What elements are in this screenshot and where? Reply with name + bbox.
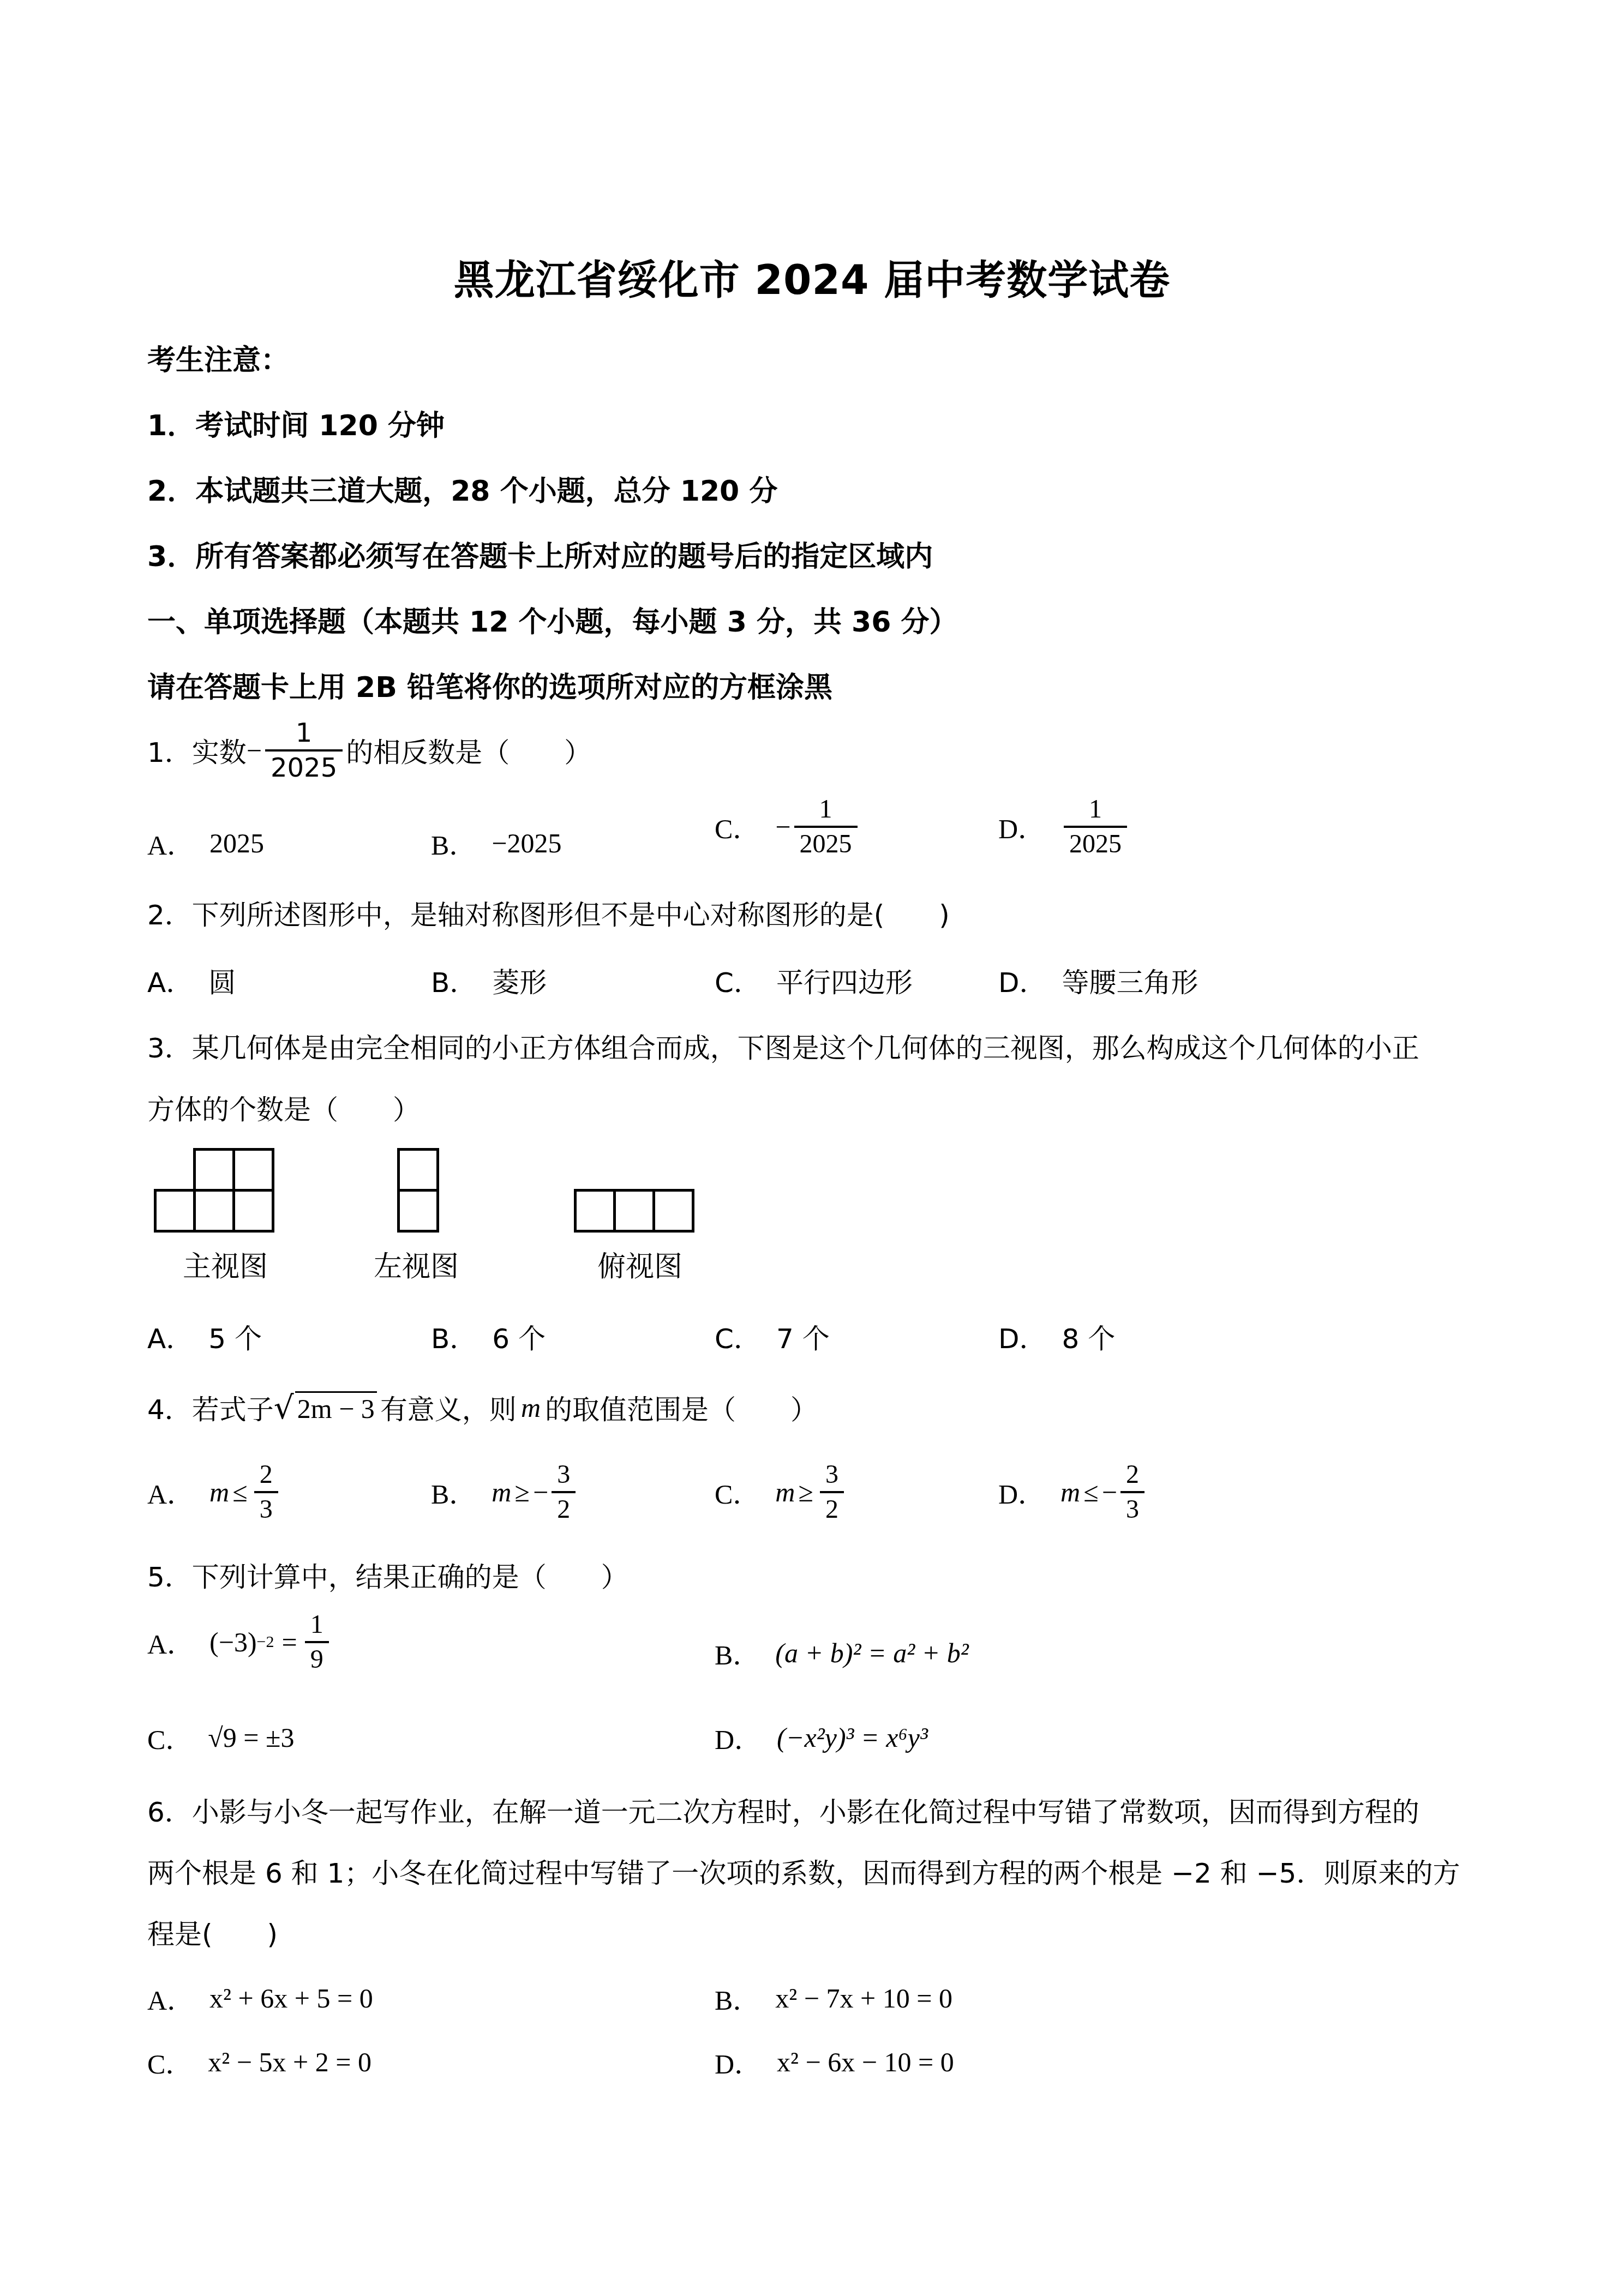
- variable: m: [775, 1476, 795, 1508]
- q6-option-c: C．x² − 5x + 2 = 0: [147, 2042, 371, 2082]
- front-view-label: 主视图: [183, 1243, 268, 1284]
- fraction-denominator: 2: [820, 1491, 844, 1523]
- option-text: 5 个: [208, 1317, 262, 1356]
- option-text: 6 个: [492, 1317, 546, 1356]
- option-label: B．: [715, 1633, 760, 1673]
- q3-option-a: A．5 个: [147, 1317, 262, 1356]
- q3-option-b: B．6 个: [431, 1317, 546, 1356]
- option-label: D．: [715, 2042, 762, 2082]
- option-label: D．: [715, 1718, 762, 1757]
- front-view-cell: [193, 1189, 235, 1233]
- fraction-denominator: 9: [305, 1641, 329, 1673]
- question-4: 4． 若式子 √ 2m − 3 有意义，则 m 的取值范围是（ ）: [147, 1388, 818, 1427]
- q4-option-a: A． m ≤ 2 3: [147, 1462, 281, 1523]
- option-label: C．: [715, 1317, 761, 1356]
- fraction-numerator: 1: [305, 1612, 329, 1641]
- q4-option-b: B． m ≥ − 3 2: [431, 1462, 579, 1523]
- option-expression: (a + b)² = a² + b²: [775, 1637, 969, 1669]
- fraction-numerator: 3: [820, 1462, 844, 1491]
- question-stem-mid: 有意义，则: [380, 1388, 517, 1427]
- question-stem-end: 的取值范围是（ ）: [545, 1388, 818, 1427]
- question-6: 6．小影与小冬一起写作业，在解一道一元二次方程时，小影在化简过程中写错了常数项，…: [147, 1790, 1419, 1830]
- q5-option-d: D．(−x²y)³ = x⁶y³: [715, 1718, 928, 1757]
- top-view-cell: [613, 1189, 655, 1233]
- question-number: 5．: [147, 1561, 192, 1593]
- option-expression: x² + 6x + 5 = 0: [209, 1982, 373, 2014]
- fraction: 3 2: [820, 1462, 844, 1523]
- left-view-cell: [397, 1148, 439, 1192]
- fraction-denominator: 2: [552, 1491, 576, 1523]
- left-view-cell: [397, 1189, 439, 1233]
- fraction: 1 9: [305, 1612, 329, 1673]
- top-view-label: 俯视图: [597, 1243, 682, 1284]
- variable: m: [209, 1476, 229, 1508]
- relation: ≤: [1083, 1476, 1098, 1508]
- fraction: 3 2: [552, 1462, 576, 1523]
- power-base: (−3): [209, 1626, 257, 1658]
- q6-option-d: D．x² − 6x − 10 = 0: [715, 2042, 954, 2082]
- question-6-line-2: 两个根是 6 和 1；小冬在化简过程中写错了一次项的系数，因而得到方程的两个根是…: [147, 1852, 1460, 1891]
- q3-option-d: D．8 个: [998, 1317, 1115, 1356]
- option-expression: √9 = ±3: [208, 1722, 294, 1753]
- q5-option-b: B．(a + b)² = a² + b²: [715, 1633, 969, 1673]
- question-number: 4．: [147, 1388, 192, 1427]
- top-view-cell: [652, 1189, 694, 1233]
- option-label: A．: [147, 1622, 194, 1662]
- q3-option-c: C．7 个: [715, 1317, 830, 1356]
- option-label: B．: [431, 1472, 476, 1512]
- front-view-cell: [232, 1148, 274, 1192]
- option-text: 8 个: [1062, 1317, 1116, 1356]
- left-view-label: 左视图: [374, 1243, 459, 1284]
- question-6-line-3: 程是( ): [147, 1913, 278, 1952]
- option-label: C．: [147, 1718, 193, 1757]
- top-view-cell: [574, 1189, 616, 1233]
- q4-option-d: D． m ≤ − 2 3: [998, 1462, 1148, 1523]
- option-label: A．: [147, 1979, 194, 2018]
- option-text: 7 个: [776, 1317, 830, 1356]
- fraction-numerator: 3: [552, 1462, 576, 1491]
- q6-option-a: A．x² + 6x + 5 = 0: [147, 1979, 373, 2018]
- sqrt-icon: √: [274, 1389, 294, 1426]
- question-5: 5．下列计算中，结果正确的是（ ）: [147, 1555, 628, 1595]
- question-stem: 下列计算中，结果正确的是（ ）: [192, 1561, 628, 1593]
- variable: m: [1060, 1476, 1080, 1508]
- q5-option-c: C．√9 = ±3: [147, 1718, 294, 1757]
- option-label: D．: [998, 1472, 1045, 1512]
- q5-option-a: A． (−3)−2 = 1 9: [147, 1612, 332, 1673]
- exam-page: 黑龙江省绥化市 2024 届中考数学试卷 考生注意： 1．考试时间 120 分钟…: [0, 0, 1624, 2296]
- fraction-denominator: 3: [254, 1491, 278, 1523]
- math-sign: −: [533, 1476, 548, 1508]
- fraction: 2 3: [1120, 1462, 1144, 1523]
- option-label: A．: [147, 1472, 194, 1512]
- relation: ≥: [514, 1476, 529, 1508]
- option-label: B．: [431, 1317, 477, 1356]
- option-expression: (−x²y)³ = x⁶y³: [777, 1722, 928, 1753]
- option-expression: x² − 6x − 10 = 0: [777, 2046, 954, 2078]
- front-view-cell: [232, 1189, 274, 1233]
- front-view-cell: [193, 1148, 235, 1192]
- option-expression: x² − 5x + 2 = 0: [208, 2046, 371, 2078]
- q6-option-b: B．x² − 7x + 10 = 0: [715, 1979, 952, 2018]
- option-expression: x² − 7x + 10 = 0: [775, 1982, 952, 2014]
- fraction-numerator: 2: [254, 1462, 278, 1491]
- question-number: 6．: [147, 1796, 192, 1828]
- option-label: C．: [147, 2042, 193, 2082]
- fraction: 2 3: [254, 1462, 278, 1523]
- equals-sign: =: [282, 1626, 297, 1658]
- question-stem: 若式子: [192, 1388, 274, 1427]
- variable: m: [521, 1392, 541, 1423]
- q4-option-c: C． m ≥ 3 2: [715, 1462, 847, 1523]
- option-label: B．: [715, 1979, 760, 2018]
- option-label: C．: [715, 1472, 760, 1512]
- fraction-denominator: 3: [1120, 1491, 1144, 1523]
- option-label: A．: [147, 1317, 193, 1356]
- front-view-cell: [154, 1189, 196, 1233]
- relation: ≥: [798, 1476, 813, 1508]
- fraction-numerator: 2: [1120, 1462, 1144, 1491]
- variable: m: [492, 1476, 511, 1508]
- relation: ≤: [232, 1476, 247, 1508]
- math-sign: −: [1102, 1476, 1117, 1508]
- radicand: 2m − 3: [295, 1391, 377, 1425]
- option-label: D．: [998, 1317, 1047, 1356]
- question-stem: 小影与小冬一起写作业，在解一道一元二次方程时，小影在化简过程中写错了常数项，因而…: [192, 1796, 1419, 1828]
